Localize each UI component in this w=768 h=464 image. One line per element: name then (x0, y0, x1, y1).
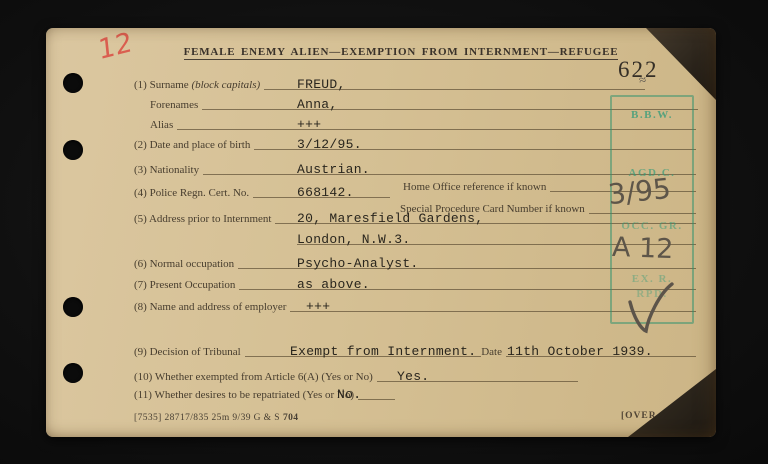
field-surname: (1) Surname (block capitals) (134, 76, 645, 91)
nationality-value: Austrian. (297, 162, 370, 177)
punch-hole (63, 297, 83, 317)
alias-value: +++ (297, 117, 321, 132)
field-label: (6) Normal occupation (134, 258, 234, 270)
pencil-annotation-1: 3/95 (607, 175, 672, 209)
field-label: (4) Police Regn. Cert. No. (134, 187, 249, 199)
field-label: (5) Address prior to Internment (134, 213, 271, 225)
present-occupation-value: as above. (297, 277, 370, 292)
tribunal-date-value: 11th October 1939. (507, 344, 653, 359)
police-cert-value: 668142. (297, 185, 354, 200)
article-6a-value: Yes. (397, 369, 429, 384)
form-title-text: FEMALE ENEMY ALIEN—EXEMPTION FROM INTERN… (184, 46, 619, 60)
field-label-note: (block capitals) (191, 79, 260, 91)
field-label: Forenames (150, 99, 198, 111)
form-title: FEMALE ENEMY ALIEN—EXEMPTION FROM INTERN… (91, 46, 711, 58)
date-label: Date (481, 346, 502, 358)
field-label: (9) Decision of Tribunal (134, 346, 241, 358)
imprint-number: 704 (283, 413, 298, 423)
forenames-value: Anna, (297, 97, 338, 112)
field-article-6a: (10) Whether exempted from Article 6(A) … (134, 368, 578, 383)
field-label: (2) Date and place of birth (134, 139, 250, 151)
stamp-row: B.B.W. (612, 109, 692, 121)
address-value: 20, Maresfield Gardens, (297, 211, 483, 226)
employer-value: +++ (306, 299, 330, 314)
form-imprint: [7535] 28717/835 25m 9/39 G & S704 (134, 413, 298, 423)
field-label: (11) Whether desires to be repatriated (… (134, 389, 354, 401)
stamp-row: OCC. GR. (612, 220, 692, 232)
exemption-card: 12 622 FEMALE ENEMY ALIEN—EXEMPTION FROM… (46, 28, 716, 437)
field-label: Alias (150, 119, 173, 131)
surname-value: FREUD, (297, 77, 346, 92)
field-label: (1) Surname (134, 79, 189, 91)
field-line (358, 399, 395, 400)
field-label: (7) Present Occupation (134, 279, 235, 291)
tribunal-value: Exempt from Internment. (290, 344, 476, 359)
field-label: Home Office reference if known (403, 181, 546, 193)
birth-value: 3/12/95. (297, 137, 362, 152)
pencil-checkmark-icon (624, 278, 678, 336)
punch-hole (63, 363, 83, 383)
field-label: (8) Name and address of employer (134, 301, 286, 313)
pencil-annotation-2: A 12 (612, 234, 674, 263)
field-label: (10) Whether exempted from Article 6(A) … (134, 371, 373, 383)
punch-hole (63, 73, 83, 93)
over-label: [OVER (621, 411, 657, 421)
repatriated-value: No. (337, 387, 361, 402)
address-value-line2: London, N.W.3. (297, 232, 410, 247)
clipped-corner-bottom-right (628, 369, 716, 437)
punch-hole (63, 140, 83, 160)
photo-background: 12 622 FEMALE ENEMY ALIEN—EXEMPTION FROM… (0, 0, 768, 464)
normal-occupation-value: Psycho-Analyst. (297, 256, 419, 271)
imprint-text: [7535] 28717/835 25m 9/39 G & S (134, 413, 280, 423)
field-label: (3) Nationality (134, 164, 199, 176)
